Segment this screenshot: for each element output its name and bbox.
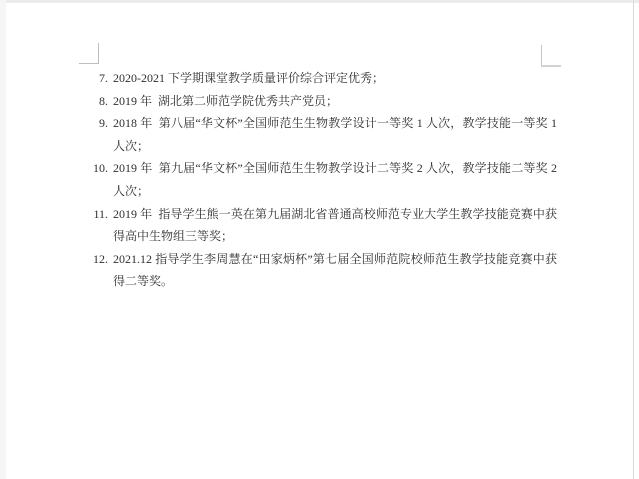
list-item: 9. 2018 年 第八届“华文杯”全国师范生生物教学设计一等奖 1 人次，教学… xyxy=(86,112,561,157)
list-item: 10. 2019 年 第九届“华文杯”全国师范生生物教学设计二等奖 2 人次，教… xyxy=(86,157,561,202)
list-item-number: 9. xyxy=(86,112,108,135)
list-item: 8. 2019 年 湖北第二师范学院优秀共产党员； xyxy=(86,90,561,113)
document-page: 7. 2020-2021 下学期课堂教学质量评价综合评定优秀； 8. 2019 … xyxy=(0,0,639,479)
list-item-number: 11. xyxy=(86,203,108,226)
margin-crop-mark-top-left-vertical xyxy=(98,43,99,64)
list-item-number: 10. xyxy=(86,157,108,180)
list-item-text: 2021.12 指导学生李周慧在“田家炳杯”第七届全国师范院校师范生教学技能竞赛… xyxy=(113,248,557,293)
margin-crop-mark-top-left-horizontal xyxy=(79,63,99,64)
list-item-number: 8. xyxy=(86,90,108,113)
list-item-text: 2019 年 第九届“华文杯”全国师范生生物教学设计二等奖 2 人次，教学技能二… xyxy=(113,157,557,202)
awards-list: 7. 2020-2021 下学期课堂教学质量评价综合评定优秀； 8. 2019 … xyxy=(86,67,561,293)
list-item-text: 2020-2021 下学期课堂教学质量评价综合评定优秀； xyxy=(113,67,557,90)
margin-crop-mark-top-right-vertical xyxy=(541,45,542,66)
window-left-edge xyxy=(0,0,6,479)
list-item-text: 2018 年 第八届“华文杯”全国师范生生物教学设计一等奖 1 人次，教学技能一… xyxy=(113,112,557,157)
list-item: 7. 2020-2021 下学期课堂教学质量评价综合评定优秀； xyxy=(86,67,561,90)
list-item: 11. 2019 年 指导学生熊一英在第九届湖北省普通高校师范专业大学生教学技能… xyxy=(86,203,561,248)
list-item-number: 7. xyxy=(86,67,108,90)
list-item-text: 2019 年 湖北第二师范学院优秀共产党员； xyxy=(113,90,557,113)
list-item-text: 2019 年 指导学生熊一英在第九届湖北省普通高校师范专业大学生教学技能竞赛中获… xyxy=(113,203,557,248)
page-right-edge xyxy=(633,0,634,479)
list-item-number: 12. xyxy=(86,248,108,271)
list-item: 12. 2021.12 指导学生李周慧在“田家炳杯”第七届全国师范院校师范生教学… xyxy=(86,248,561,293)
window-top-edge xyxy=(0,0,639,3)
